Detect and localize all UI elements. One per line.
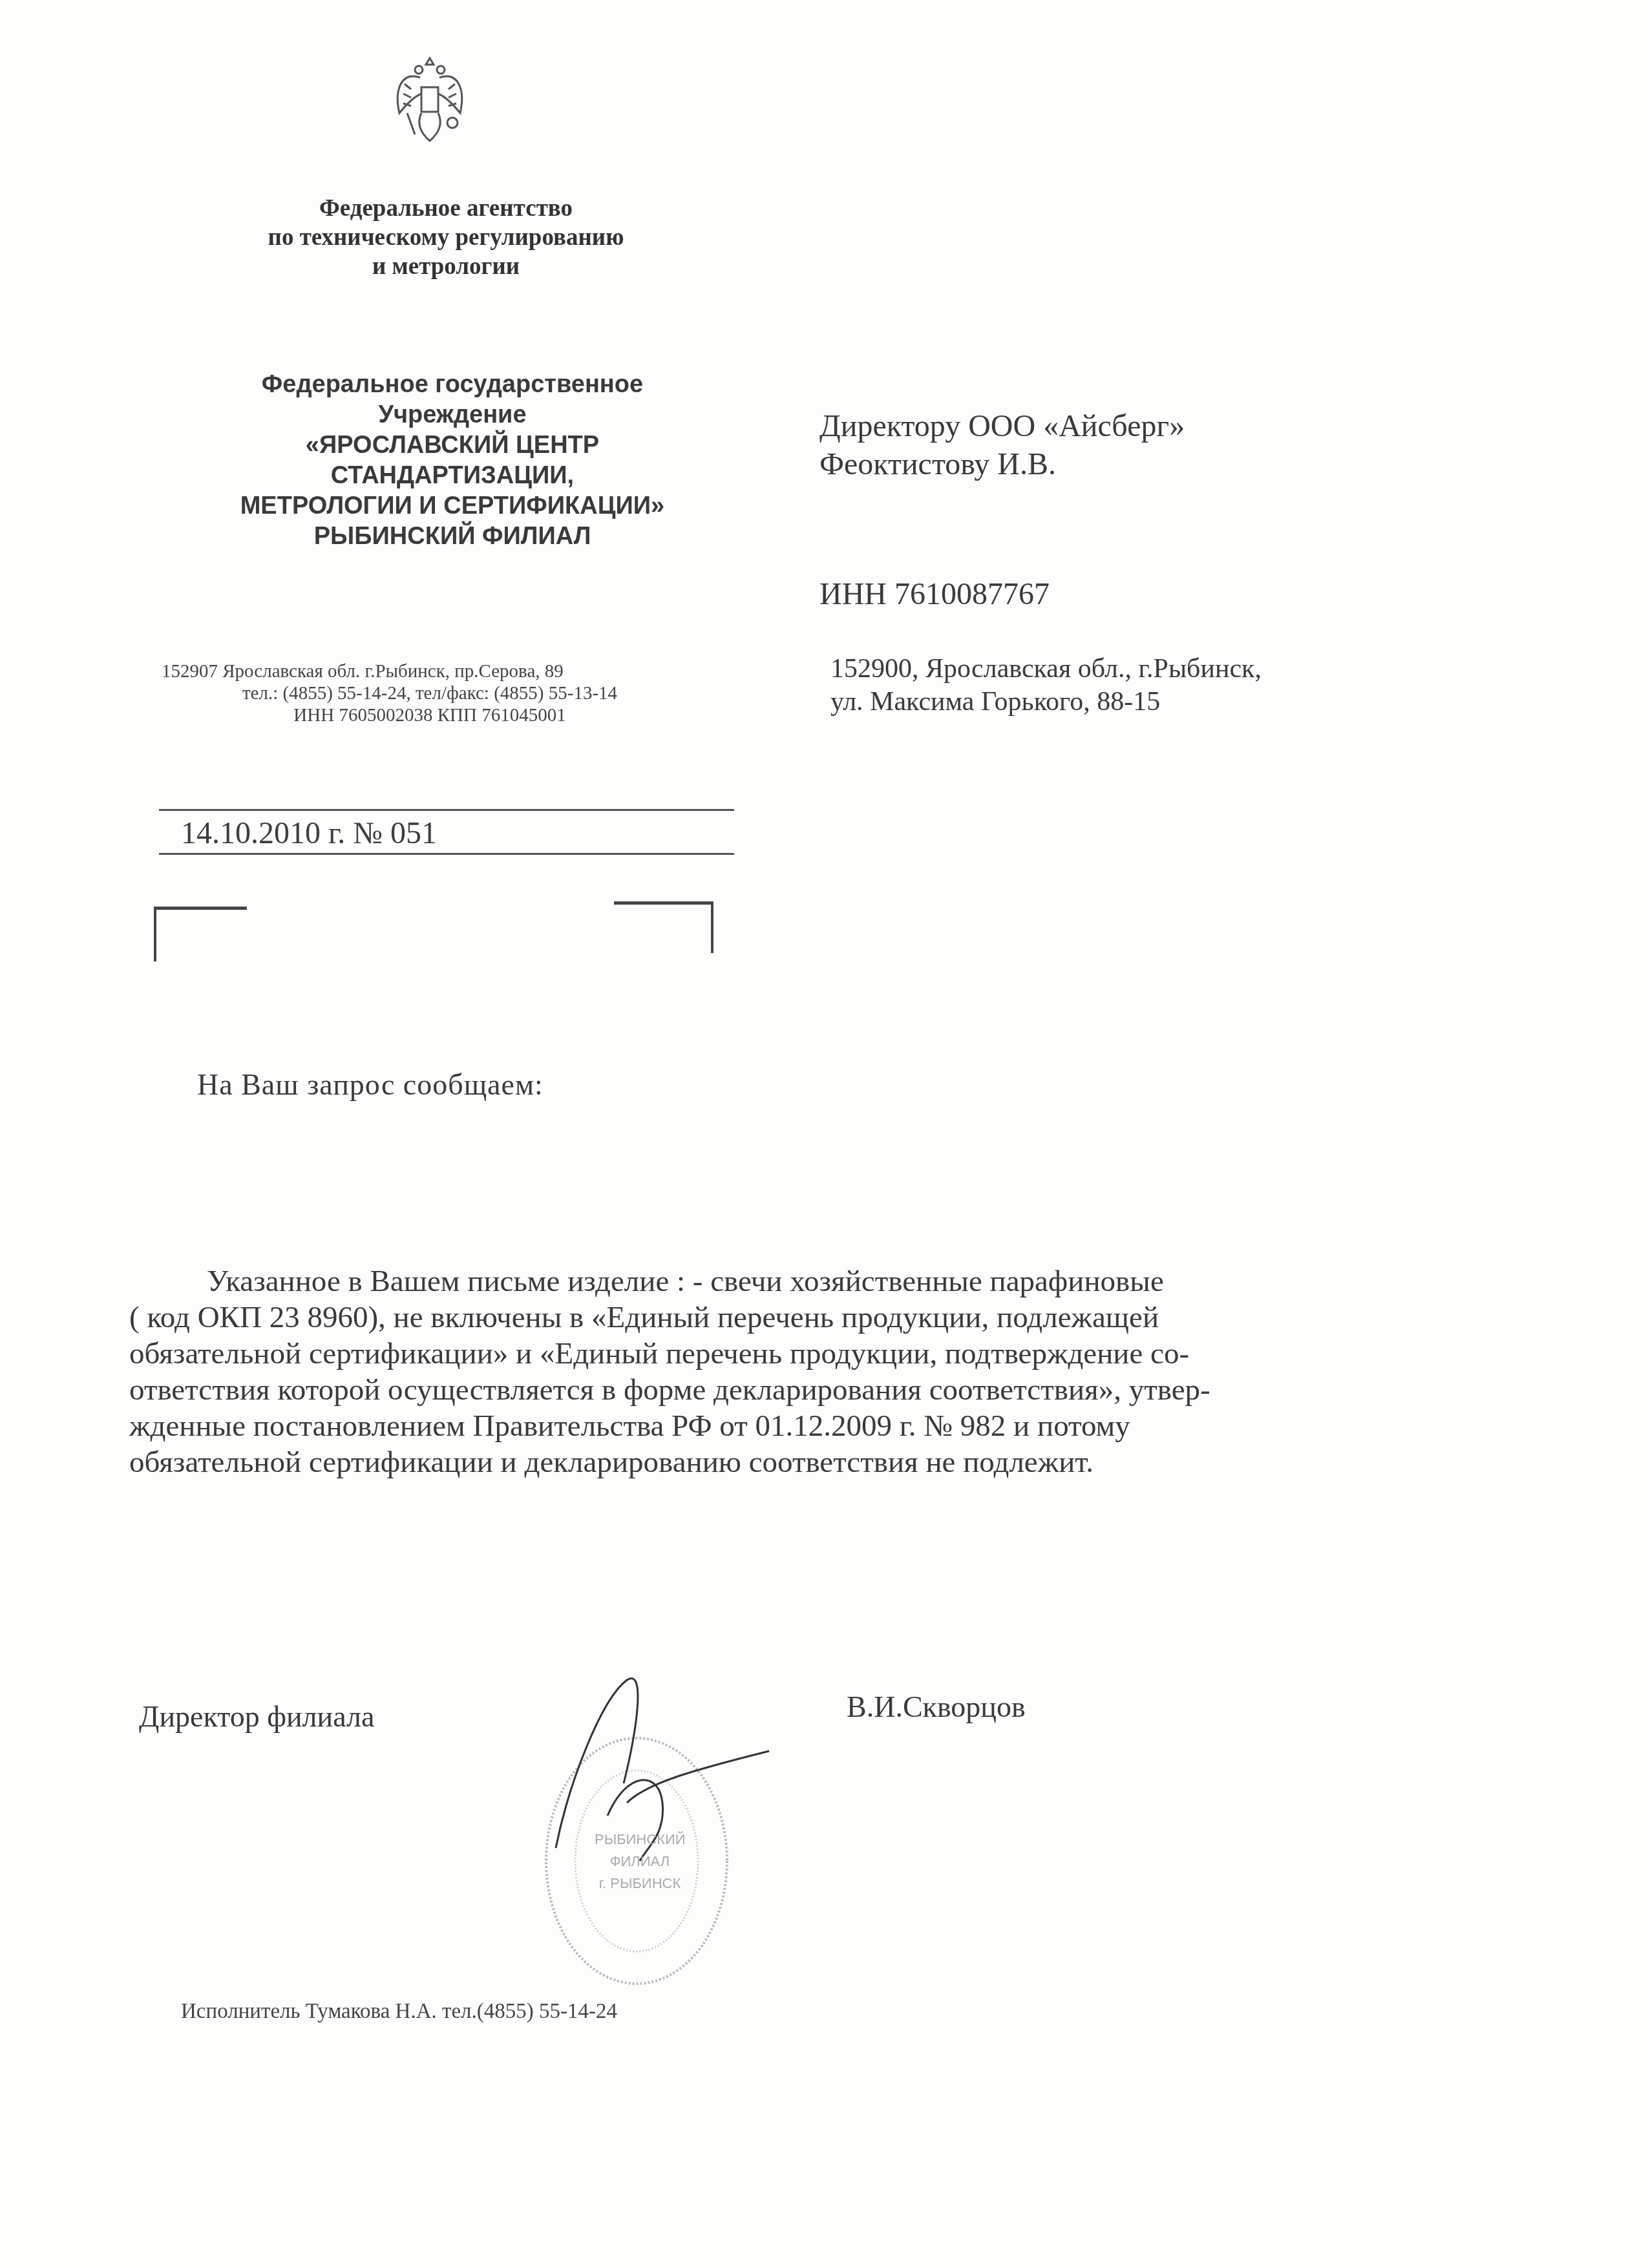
sender-tax-line: ИНН 7605002038 КПП 761045001 [155, 704, 704, 726]
agency-line: и метрологии [187, 252, 704, 281]
sender-address: 152907 Ярославская обл. г.Рыбинск, пр.Се… [155, 660, 704, 726]
recipient-inn: ИНН 7610087767 [819, 576, 1050, 612]
institution-line: СТАНДАРТИЗАЦИИ, [174, 461, 730, 491]
sender-address-line: 152907 Ярославская обл. г.Рыбинск, пр.Се… [155, 660, 704, 682]
official-stamp: РЫБИНСКИЙ ФИЛИАЛ г. РЫБИНСК [498, 1654, 782, 1990]
agency-line: Федеральное агентство [187, 194, 704, 223]
agency-name: Федеральное агентство по техническому ре… [187, 194, 704, 281]
institution-line: Федеральное государственное [174, 370, 730, 400]
institution-name: Федеральное государственное Учреждение «… [174, 370, 730, 552]
recipient-address: 152900, Ярославская обл., г.Рыбинск, ул.… [830, 653, 1262, 719]
body-line: ( код ОКП 23 8960), не включены в «Едины… [110, 1299, 1532, 1336]
recipient-address-line: 152900, Ярославская обл., г.Рыбинск, [830, 653, 1262, 686]
greeting: На Ваш запрос сообщаем: [197, 1067, 544, 1102]
recipient-position: Директору ООО «Айсберг» [819, 407, 1185, 445]
letter-date-number: 14.10.2010 г. № 051 [181, 815, 437, 851]
body-line: обязательной сертификации» и «Единый пер… [110, 1336, 1532, 1372]
agency-line: по техническому регулированию [187, 223, 704, 252]
institution-line: «ЯРОСЛАВСКИЙ ЦЕНТР [174, 430, 730, 461]
coat-of-arms-icon [381, 52, 478, 149]
address-corner-mark-left [154, 907, 247, 961]
institution-line: МЕТРОЛОГИИ И СЕРТИФИКАЦИИ» [174, 491, 730, 521]
stamp-center-text: РЫБИНСКИЙ ФИЛИАЛ г. РЫБИНСК [595, 1829, 685, 1895]
date-rule-bottom [159, 853, 734, 855]
signer-title: Директор филиала [139, 1699, 374, 1734]
body-line: жденные постановлением Правительства РФ … [110, 1408, 1532, 1444]
body-line: ответствия которой осуществляется в форм… [110, 1372, 1532, 1408]
address-corner-mark-right [614, 901, 713, 953]
institution-line: РЫБИНСКИЙ ФИЛИАЛ [174, 521, 730, 552]
date-rule-top [159, 809, 734, 811]
institution-line: Учреждение [174, 400, 730, 430]
stamp-line: ФИЛИАЛ [595, 1851, 685, 1873]
recipient-address-line: ул. Максима Горького, 88-15 [830, 686, 1262, 719]
sender-phone-line: тел.: (4855) 55-14-24, тел/факс: (4855) … [155, 682, 704, 704]
body-line: обязательной сертификации и декларирован… [110, 1444, 1532, 1480]
stamp-line: г. РЫБИНСК [595, 1873, 685, 1895]
recipient-name: Феоктистову И.В. [819, 445, 1185, 483]
body-line: Указанное в Вашем письме изделие : - све… [110, 1263, 1532, 1299]
stamp-line: РЫБИНСКИЙ [595, 1829, 685, 1851]
recipient-block: Директору ООО «Айсберг» Феоктистову И.В. [819, 407, 1185, 483]
signer-name: В.И.Скворцов [847, 1690, 1026, 1724]
body-paragraph: Указанное в Вашем письме изделие : - све… [110, 1263, 1532, 1480]
executor-info: Исполнитель Тумакова Н.А. тел.(4855) 55-… [181, 2000, 617, 2024]
